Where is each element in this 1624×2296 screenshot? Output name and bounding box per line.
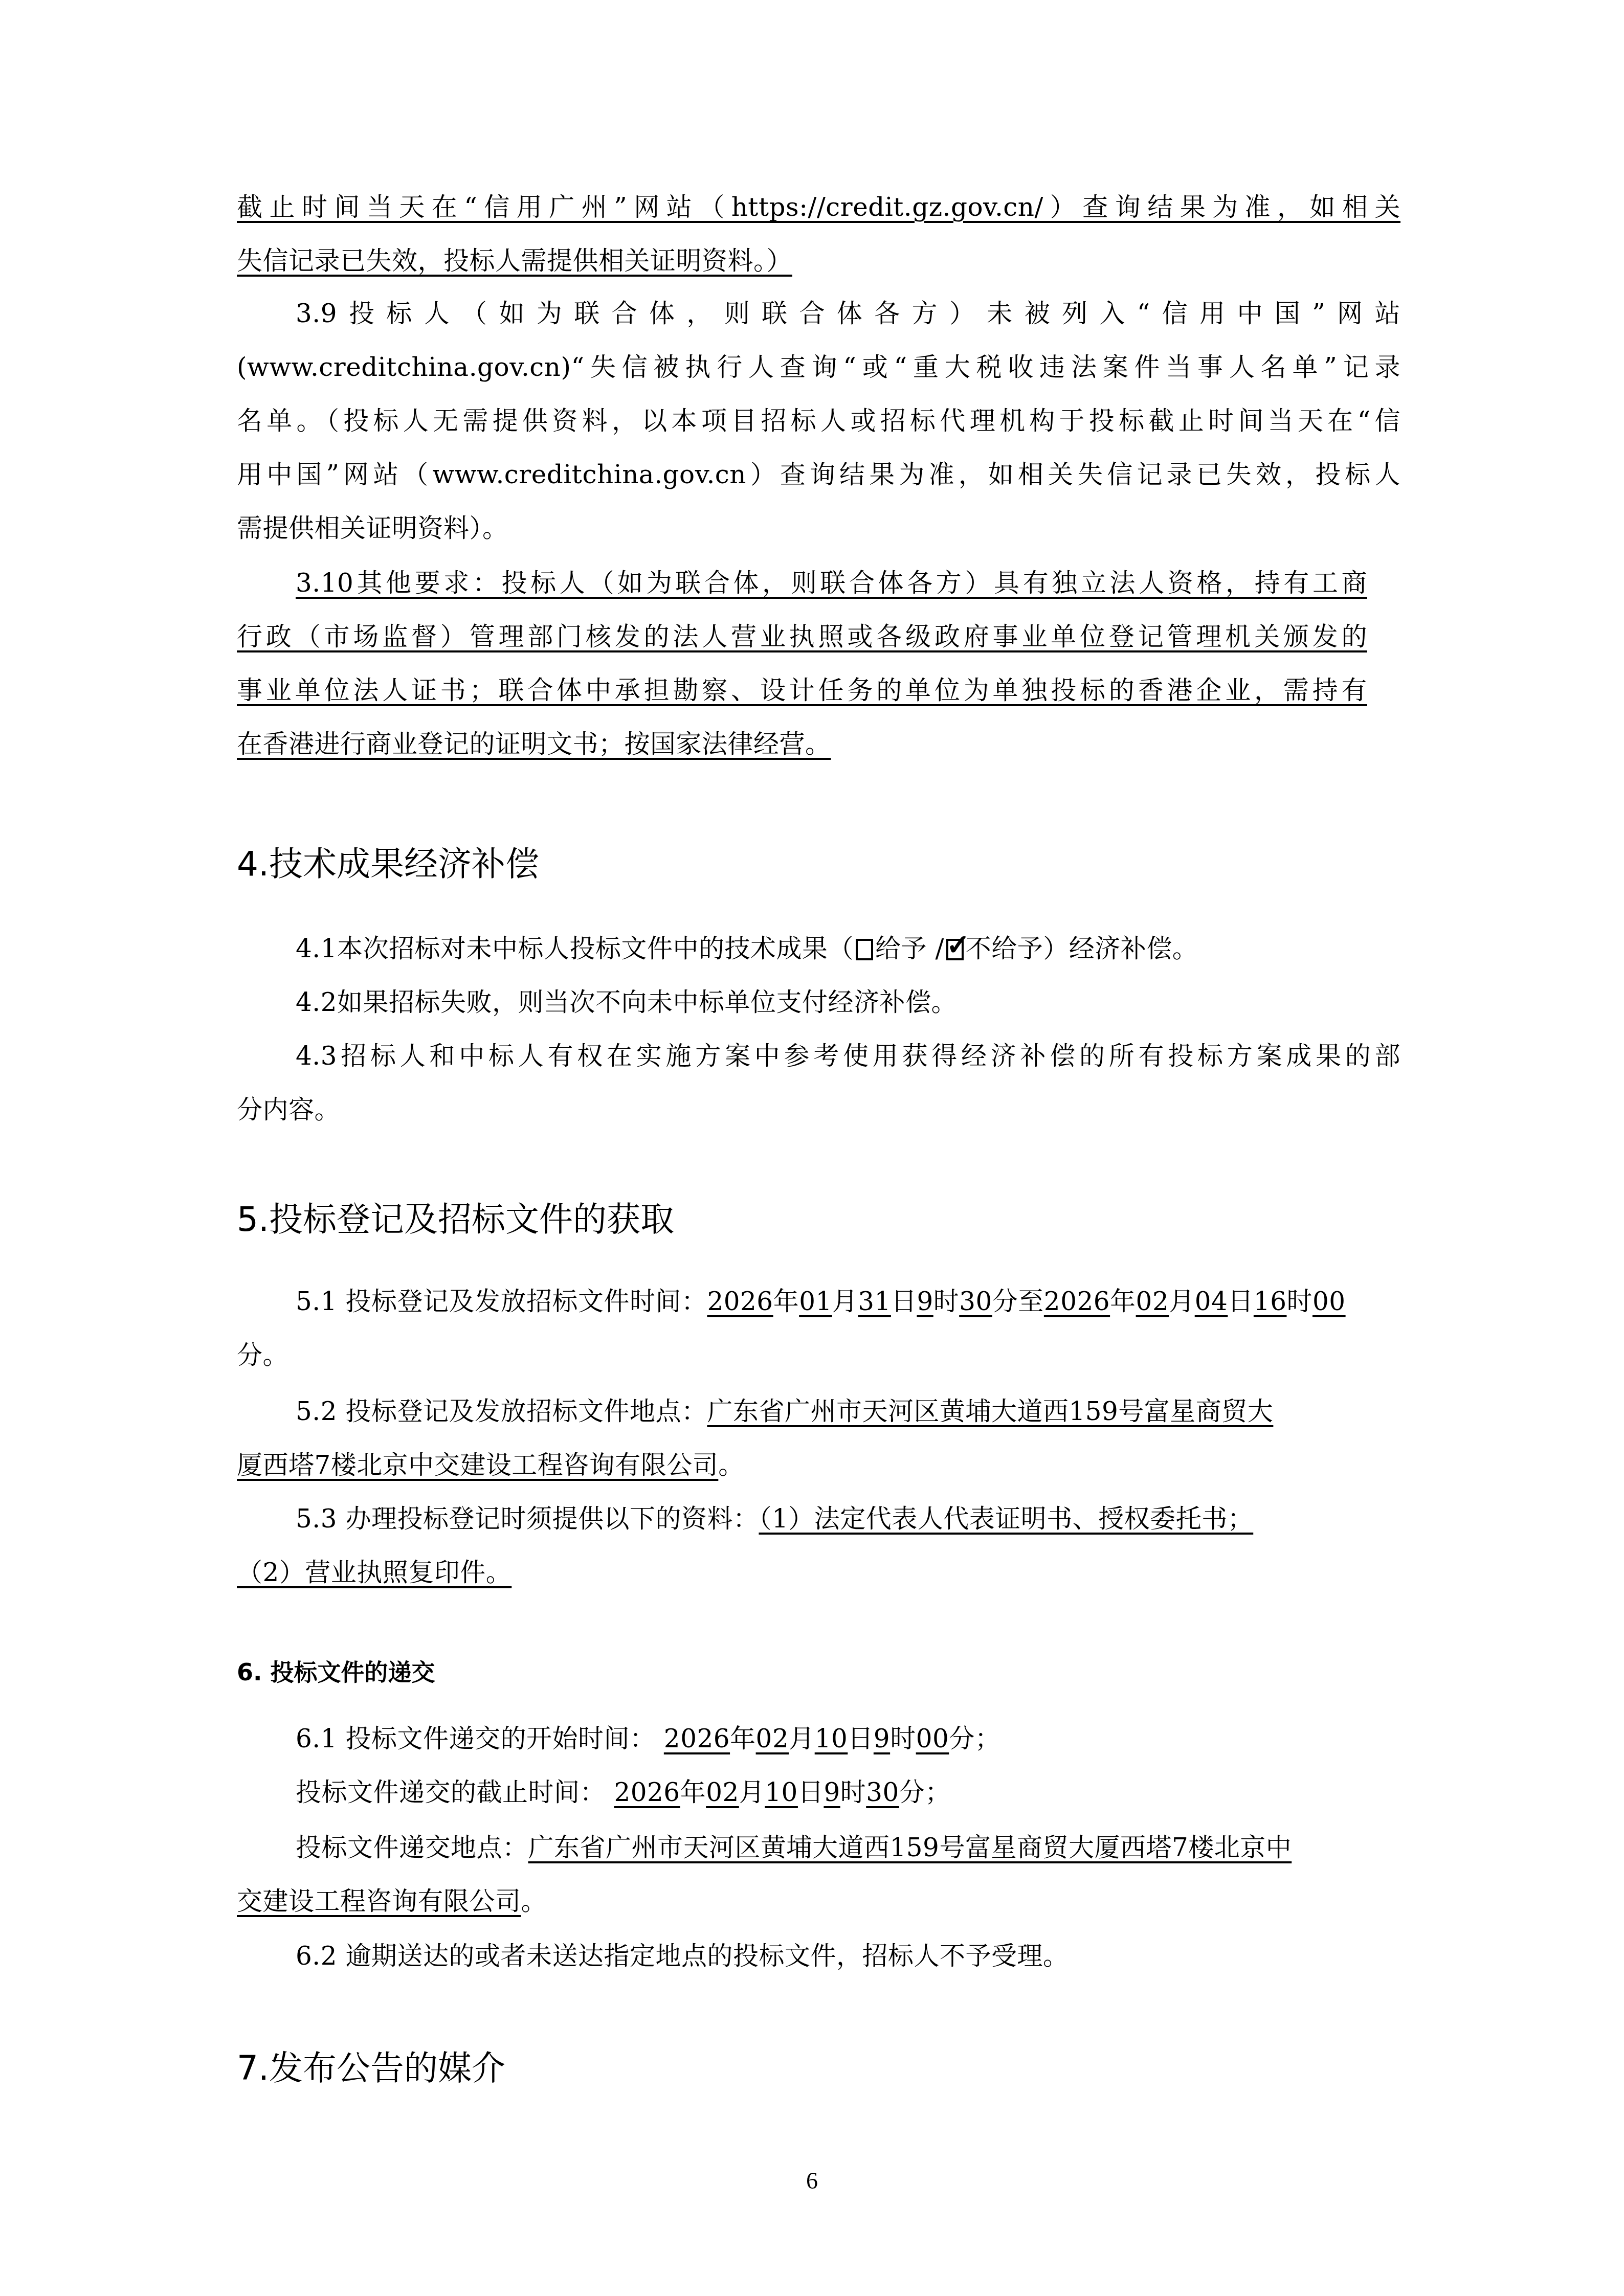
give-label: 给予 (875, 934, 927, 963)
unit-year: 年 (730, 1724, 756, 1753)
end-punct: 分； (949, 1724, 1000, 1753)
option-separator: / (927, 934, 944, 963)
required-doc-1: （1）法定代表人代表证明书、授权委托书； (759, 1504, 1253, 1534)
item-3-10-line1: 3.10其他要求：投标人（如为联合体，则联合体各方）具有独立法人资格，持有工商 (296, 565, 1367, 601)
submit-start-month: 02 (756, 1724, 789, 1753)
unit-hour: 时 (1286, 1287, 1312, 1316)
submit-start-year: 2026 (664, 1724, 730, 1753)
item-6-1-start: 6.1 投标文件递交的开始时间： 2026年02月10日9时00分； (296, 1721, 1000, 1757)
item-5-1-label: 5.1 投标登记及发放招标文件时间： (296, 1287, 707, 1316)
unit-hour: 时 (933, 1287, 960, 1316)
item-6-2: 6.2 逾期送达的或者未送达指定地点的投标文件，招标人不予受理。 (296, 1938, 1069, 1974)
not-give-label: 不给予 (966, 934, 1043, 963)
end-day: 04 (1195, 1287, 1228, 1316)
submission-address-line2: 交建设工程咨询有限公司 (237, 1886, 521, 1916)
section7-heading: 7.发布公告的媒介 (237, 2045, 505, 2091)
item-6-1-location-cont: 交建设工程咨询有限公司。 (237, 1883, 547, 1919)
start-year: 2026 (707, 1287, 773, 1316)
period: 。 (521, 1886, 547, 1916)
give-checkbox[interactable] (856, 939, 873, 960)
deadline-day: 10 (765, 1777, 798, 1807)
end-month: 02 (1136, 1287, 1169, 1316)
item-3-9-line4: 用中国”网站（www.creditchina.gov.cn）查询结果为准，如相关… (237, 457, 1400, 492)
item-4-3-line2: 分内容。 (237, 1092, 340, 1128)
registration-address-line1: 广东省广州市天河区黄埔大道西159号富星商贸大 (707, 1397, 1273, 1426)
item-3-9-line3: 名单。（投标人无需提供资料，以本项目招标人或招标代理机构于投标截止时间当天在“信 (237, 403, 1400, 439)
unit-month: 月 (1169, 1287, 1195, 1316)
end-minute: 00 (1312, 1287, 1346, 1316)
period: 。 (718, 1450, 744, 1480)
item-3-10-line4: 在香港进行商业登记的证明文书；按国家法律经营。 (237, 726, 831, 762)
section4-heading: 4.技术成果经济补偿 (237, 841, 539, 887)
item-6-1-location: 投标文件递交地点：广东省广州市天河区黄埔大道西159号富星商贸大厦西塔7楼北京中 (296, 1830, 1292, 1865)
item-5-3: 5.3 办理投标登记时须提供以下的资料：（1）法定代表人代表证明书、授权委托书； (296, 1501, 1253, 1537)
item-4-3-line1: 4.3招标人和中标人有权在实施方案中参考使用获得经济补偿的所有投标方案成果的部 (296, 1038, 1400, 1074)
end-hour: 16 (1254, 1287, 1287, 1316)
section3-cont-line1: 截止时间当天在“信用广州”网站（https://credit.gz.gov.cn… (237, 189, 1400, 225)
start-hour: 9 (917, 1287, 933, 1316)
unit-month: 月 (739, 1777, 765, 1807)
deadline-label: 投标文件递交的截止时间： (296, 1777, 606, 1807)
end-punct: 分； (899, 1777, 951, 1807)
registration-address-line2: 厦西塔7楼北京中交建设工程咨询有限公司 (237, 1450, 718, 1480)
section3-cont-line2: 失信记录已失效，投标人需提供相关证明资料。） (237, 243, 792, 279)
end-year: 2026 (1044, 1287, 1110, 1316)
unit-year: 年 (680, 1777, 706, 1807)
unit-day: 日 (1228, 1287, 1254, 1316)
deadline-minute: 30 (866, 1777, 899, 1807)
item-3-9-line1: 3.9投标人（如为联合体，则联合体各方）未被列入“信用中国”网站 (296, 296, 1400, 331)
required-doc-2: （2）营业执照复印件。 (237, 1555, 511, 1590)
item-3-9-line2: (www.creditchina.gov.cn)“失信被执行人查询“或“重大税收… (237, 349, 1400, 385)
unit-day: 日 (798, 1777, 824, 1807)
unit-hour: 时 (840, 1777, 866, 1807)
unit-day: 日 (891, 1287, 917, 1316)
item-4-2: 4.2如果招标失败，则当次不向未中标单位支付经济补偿。 (296, 984, 957, 1020)
start-label: 6.1 投标文件递交的开始时间： (296, 1724, 655, 1753)
item-4-1-prefix: 4.1本次招标对未中标人投标文件中的技术成果（ (296, 934, 854, 963)
item-4-1: 4.1本次招标对未中标人投标文件中的技术成果（给予 /不给予）经济补偿。 (296, 931, 1198, 966)
unit-day: 日 (848, 1724, 874, 1753)
submit-start-hour: 9 (874, 1724, 890, 1753)
item-3-9-line5: 需提供相关证明资料）。 (237, 510, 508, 546)
page-number: 6 (0, 2166, 1624, 2196)
item-3-10-line2: 行政（市场监督）管理部门核发的法人营业执照或各级政府事业单位登记管理机关颁发的 (237, 619, 1367, 655)
deadline-year: 2026 (614, 1777, 680, 1807)
section5-heading: 5.投标登记及招标文件的获取 (237, 1197, 674, 1243)
item-4-1-suffix: ）经济补偿。 (1043, 934, 1198, 963)
item-3-10-line3: 事业单位法人证书；联合体中承担勘察、设计任务的单位为单独投标的香港企业，需持有 (237, 672, 1367, 708)
item-5-1: 5.1 投标登记及发放招标文件时间：2026年01月31日9时30分至2026年… (296, 1284, 1346, 1319)
submission-address-line1: 广东省广州市天河区黄埔大道西159号富星商贸大厦西塔7楼北京中 (528, 1833, 1292, 1862)
unit-hour: 时 (890, 1724, 916, 1753)
item-5-3-label: 5.3 办理投标登记时须提供以下的资料： (296, 1504, 759, 1534)
section6-heading: 6. 投标文件的递交 (237, 1654, 435, 1690)
submit-start-day: 10 (815, 1724, 848, 1753)
item-5-2: 5.2 投标登记及发放招标文件地点：广东省广州市天河区黄埔大道西159号富星商贸… (296, 1393, 1273, 1429)
unit-month: 月 (789, 1724, 815, 1753)
item-6-1-deadline: 投标文件递交的截止时间： 2026年02月10日9时30分； (296, 1774, 951, 1810)
range-to: 至 (1018, 1287, 1044, 1316)
unit-year: 年 (773, 1287, 799, 1316)
item-5-2-label: 5.2 投标登记及发放招标文件地点： (296, 1397, 707, 1426)
unit-month: 月 (832, 1287, 858, 1316)
deadline-hour: 9 (824, 1777, 840, 1807)
deadline-month: 02 (706, 1777, 739, 1807)
not-give-checkbox-checked[interactable] (946, 939, 964, 960)
item-5-1-end: 分。 (237, 1337, 288, 1373)
item-5-2-cont: 厦西塔7楼北京中交建设工程咨询有限公司。 (237, 1447, 744, 1483)
start-month: 01 (799, 1287, 832, 1316)
unit-minute: 分 (992, 1287, 1018, 1316)
unit-year: 年 (1110, 1287, 1136, 1316)
start-minute: 30 (959, 1287, 992, 1316)
start-day: 31 (858, 1287, 891, 1316)
location-label: 投标文件递交地点： (296, 1833, 528, 1862)
submit-start-minute: 00 (916, 1724, 949, 1753)
